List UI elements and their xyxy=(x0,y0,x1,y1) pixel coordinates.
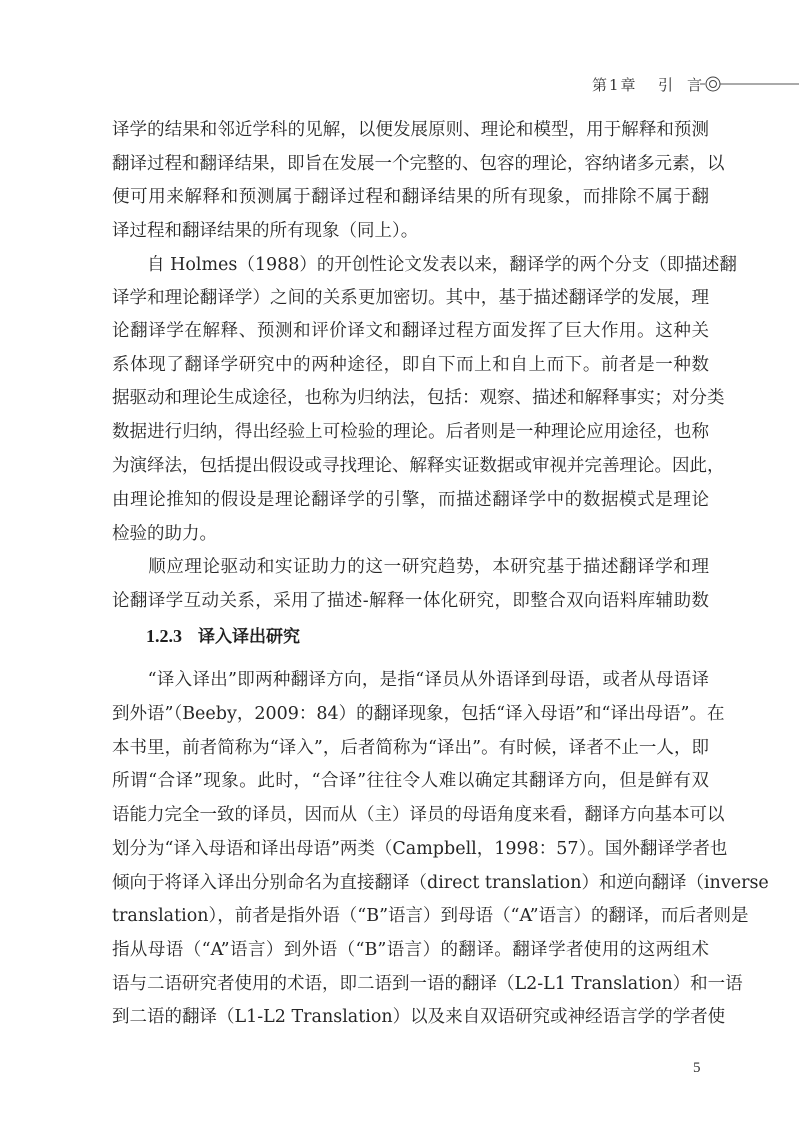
text-line: 倾向于将译入译出分别命名为直接翻译（direct translation）和逆向… xyxy=(112,871,709,895)
text-line: 到外语”（Beeby，2009：84）的翻译现象，包括“译入母语”和“译出母语”… xyxy=(112,702,709,726)
text-line: 到二语的翻译（L1-L2 Translation）以及来自双语研究或神经语言学的… xyxy=(112,1005,709,1029)
text-line: 译过程和翻译结果的所有现象（同上）。 xyxy=(112,219,709,243)
text-line: 译学和理论翻译学）之间的关系更加密切。其中，基于描述翻译学的发展，理 xyxy=(112,286,709,310)
text-line: 数据进行归纳，得出经验上可检验的理论。后者则是一种理论应用途径，也称 xyxy=(112,420,709,444)
chapter-label: 第1章 xyxy=(592,74,638,95)
text-line: 便可用来解释和预测属于翻译过程和翻译结果的所有现象，而排除不属于翻 xyxy=(112,185,709,209)
text-line: 检验的助力。 xyxy=(112,522,709,546)
text-line: 所谓“合译”现象。此时，“合译”往往令人难以确定其翻译方向，但是鲜有双 xyxy=(112,769,709,793)
text-line: 论翻译学在解释、预测和评价译文和翻译过程方面发挥了巨大作用。这种关 xyxy=(112,319,709,343)
page-number: 5 xyxy=(693,1060,701,1077)
text-line: translation），前者是指外语（“B”语言）到母语（“A”语言）的翻译，… xyxy=(112,904,709,928)
text-line: 本书里，前者简称为“译入”，后者简称为“译出”。有时候，译者不止一人，即 xyxy=(112,736,709,760)
text-line: 为演绎法，包括提出假设或寻找理论、解释实证数据或审视并完善理论。因此， xyxy=(112,454,709,478)
text-line: 指从母语（“A”语言）到外语（“B”语言）的翻译。翻译学者使用的这两组术 xyxy=(112,938,709,962)
text-line: 据驱动和理论生成途径，也称为归纳法，包括：观察、描述和解释事实；对分类 xyxy=(112,386,709,410)
text-line: “译入译出”即两种翻译方向，是指“译员从外语译到母语，或者从母语译 xyxy=(112,668,709,692)
text-line: 译学的结果和邻近学科的见解，以便发展原则、理论和模型，用于解释和预测 xyxy=(112,118,709,142)
text-line: 由理论推知的假设是理论翻译学的引擎，而描述翻译学中的数据模式是理论 xyxy=(112,488,709,512)
text-line: 语能力完全一致的译员，因而从（主）译员的母语角度来看，翻译方向基本可以 xyxy=(112,803,709,827)
text-line: 自 Holmes（1988）的开创性论文发表以来，翻译学的两个分支（即描述翻 xyxy=(112,253,709,277)
section-title: 译入译出研究 xyxy=(198,627,300,647)
text-line: 系体现了翻译学研究中的两种途径，即自下而上和自上而下。前者是一种数 xyxy=(112,353,709,377)
header-ornament-icon xyxy=(700,76,799,92)
section-heading: 1.2.3译入译出研究 xyxy=(146,624,300,649)
text-line: 翻译过程和翻译结果，即旨在发展一个完整的、包容的理论，容纳诸多元素，以 xyxy=(112,152,709,176)
text-line: 语与二语研究者使用的术语，即二语到一语的翻译（L2-L1 Translation… xyxy=(112,972,709,996)
section-number: 1.2.3 xyxy=(146,626,182,646)
text-line: 顺应理论驱动和实证助力的这一研究趋势，本研究基于描述翻译学和理 xyxy=(112,555,709,579)
text-line: 划分为“译入母语和译出母语”两类（Campbell，1998：57）。国外翻译学… xyxy=(112,837,709,861)
text-line: 论翻译学互动关系，采用了描述-解释一体化研究，即整合双向语料库辅助数 xyxy=(112,589,709,613)
